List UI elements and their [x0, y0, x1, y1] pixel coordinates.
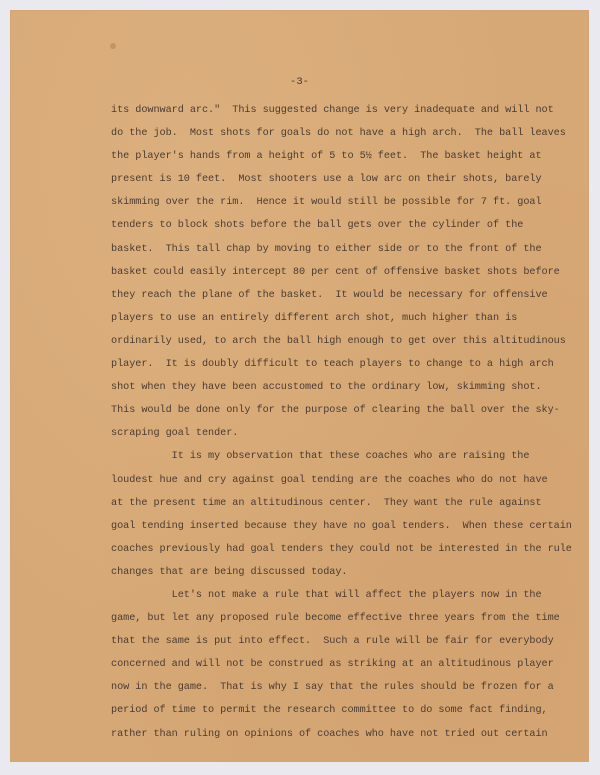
text-line: shot when they have been accustomed to t…	[111, 376, 551, 399]
text-line: rather than ruling on opinions of coache…	[111, 723, 551, 746]
text-line: ordinarily used, to arch the ball high e…	[111, 330, 551, 353]
paragraph-3: Let's not make a rule that will affect t…	[111, 584, 551, 746]
text-line: concerned and will not be construed as s…	[111, 653, 551, 676]
text-line: scraping goal tender.	[111, 422, 551, 445]
paragraph-1: its downward arc." This suggested change…	[111, 99, 551, 445]
text-line: tenders to block shots before the ball g…	[111, 214, 551, 237]
text-line: that the same is put into effect. Such a…	[111, 630, 551, 653]
text-line: coaches previously had goal tenders they…	[111, 538, 551, 561]
text-line: changes that are being discussed today.	[111, 561, 551, 584]
paper-stain	[110, 43, 116, 49]
text-line: This would be done only for the purpose …	[111, 399, 551, 422]
text-line: player. It is doubly difficult to teach …	[111, 353, 551, 376]
text-line: goal tending inserted because they have …	[111, 515, 551, 538]
text-line: It is my observation that these coaches …	[111, 445, 551, 468]
document-body: its downward arc." This suggested change…	[111, 99, 551, 746]
text-line: period of time to permit the research co…	[111, 699, 551, 722]
text-line: its downward arc." This suggested change…	[111, 99, 551, 122]
text-line: at the present time an altitudinous cent…	[111, 492, 551, 515]
paragraph-2: It is my observation that these coaches …	[111, 445, 551, 584]
text-line: basket could easily intercept 80 per cen…	[111, 261, 551, 284]
text-line: game, but let any proposed rule become e…	[111, 607, 551, 630]
text-line: basket. This tall chap by moving to eith…	[111, 238, 551, 261]
text-line: do the job. Most shots for goals do not …	[111, 122, 551, 145]
typewritten-page: -3- its downward arc." This suggested ch…	[11, 11, 588, 761]
text-line: Let's not make a rule that will affect t…	[111, 584, 551, 607]
text-line: loudest hue and cry against goal tending…	[111, 469, 551, 492]
text-line: now in the game. That is why I say that …	[111, 676, 551, 699]
page-number: -3-	[11, 76, 588, 88]
text-line: the player's hands from a height of 5 to…	[111, 145, 551, 168]
text-line: they reach the plane of the basket. It w…	[111, 284, 551, 307]
text-line: skimming over the rim. Hence it would st…	[111, 191, 551, 214]
text-line: players to use an entirely different arc…	[111, 307, 551, 330]
text-line: present is 10 feet. Most shooters use a …	[111, 168, 551, 191]
